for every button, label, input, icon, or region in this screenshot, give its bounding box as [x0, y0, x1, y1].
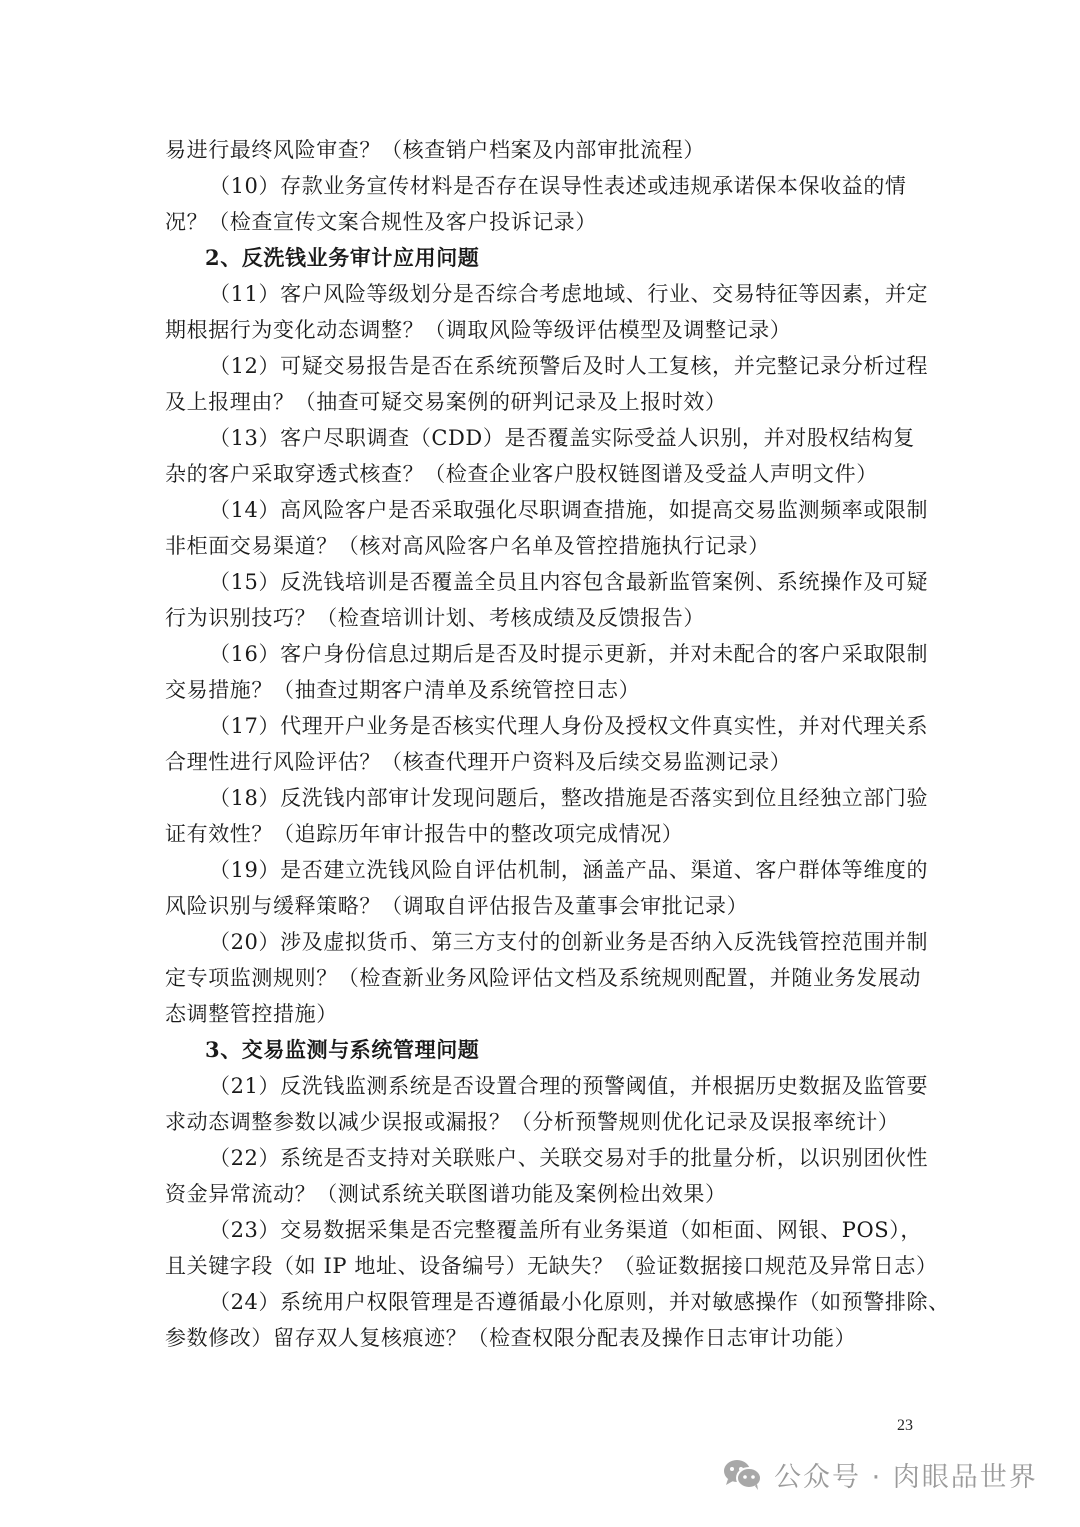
question-23: （23）交易数据采集是否完整覆盖所有业务渠道（如柜面、网银、POS），: [165, 1212, 917, 1248]
question-21: （21）反洗钱监测系统是否设置合理的预警阈值，并根据历史数据及监管要: [165, 1068, 917, 1104]
question-16: （16）客户身份信息过期后是否及时提示更新，并对未配合的客户采取限制: [165, 636, 917, 672]
watermark: 公众号 · 肉眼品世界: [722, 1455, 1038, 1494]
document-body: 易进行最终风险审查？（核查销户档案及内部审批流程） （10）存款业务宣传材料是否…: [165, 132, 917, 1356]
page-number: 23: [897, 1417, 913, 1435]
question-18: （18）反洗钱内部审计发现问题后，整改措施是否落实到位且经独立部门验: [165, 780, 917, 816]
question-11: （11）客户风险等级划分是否综合考虑地域、行业、交易特征等因素，并定: [165, 276, 917, 312]
text-line: 参数修改）留存双人复核痕迹？（检查权限分配表及操作日志审计功能）: [165, 1320, 917, 1356]
question-17: （17）代理开户业务是否核实代理人身份及授权文件真实性，并对代理关系: [165, 708, 917, 744]
text-line: 定专项监测规则？（检查新业务风险评估文档及系统规则配置，并随业务发展动: [165, 960, 917, 996]
text-line: 风险识别与缓释策略？（调取自评估报告及董事会审批记录）: [165, 888, 917, 924]
text-line: 求动态调整参数以减少误报或漏报？（分析预警规则优化记录及误报率统计）: [165, 1104, 917, 1140]
question-15: （15）反洗钱培训是否覆盖全员且内容包含最新监管案例、系统操作及可疑: [165, 564, 917, 600]
text-line: 交易措施？（抽查过期客户清单及系统管控日志）: [165, 672, 917, 708]
question-14: （14）高风险客户是否采取强化尽职调查措施，如提高交易监测频率或限制: [165, 492, 917, 528]
text-line: 期根据行为变化动态调整？（调取风险等级评估模型及调整记录）: [165, 312, 917, 348]
text-line: 杂的客户采取穿透式核查？（检查企业客户股权链图谱及受益人声明文件）: [165, 456, 917, 492]
question-20: （20）涉及虚拟货币、第三方支付的创新业务是否纳入反洗钱管控范围并制: [165, 924, 917, 960]
watermark-text: 公众号 · 肉眼品世界: [774, 1455, 1038, 1494]
text-line: 易进行最终风险审查？（核查销户档案及内部审批流程）: [165, 132, 917, 168]
wechat-icon: [722, 1459, 764, 1491]
question-22: （22）系统是否支持对关联账户、关联交易对手的批量分析，以识别团伙性: [165, 1140, 917, 1176]
text-line: 资金异常流动？（测试系统关联图谱功能及案例检出效果）: [165, 1176, 917, 1212]
text-line: 合理性进行风险评估？（核查代理开户资料及后续交易监测记录）: [165, 744, 917, 780]
text-line: 及上报理由？（抽查可疑交易案例的研判记录及上报时效）: [165, 384, 917, 420]
text-line: 非柜面交易渠道？（核对高风险客户名单及管控措施执行记录）: [165, 528, 917, 564]
text-line: 证有效性？（追踪历年审计报告中的整改项完成情况）: [165, 816, 917, 852]
text-line: 且关键字段（如 IP 地址、设备编号）无缺失？（验证数据接口规范及异常日志）: [165, 1248, 917, 1284]
question-19: （19）是否建立洗钱风险自评估机制，涵盖产品、渠道、客户群体等维度的: [165, 852, 917, 888]
section-heading-3: 3、交易监测与系统管理问题: [165, 1032, 917, 1068]
question-24: （24）系统用户权限管理是否遵循最小化原则，并对敏感操作（如预警排除、: [165, 1284, 917, 1320]
question-10: （10）存款业务宣传材料是否存在误导性表述或违规承诺保本保收益的情: [165, 168, 917, 204]
section-heading-2: 2、反洗钱业务审计应用问题: [165, 240, 917, 276]
text-line: 态调整管控措施）: [165, 996, 917, 1032]
question-12: （12）可疑交易报告是否在系统预警后及时人工复核，并完整记录分析过程: [165, 348, 917, 384]
question-13: （13）客户尽职调查（CDD）是否覆盖实际受益人识别，并对股权结构复: [165, 420, 917, 456]
text-line: 况？（检查宣传文案合规性及客户投诉记录）: [165, 204, 917, 240]
text-line: 行为识别技巧？（检查培训计划、考核成绩及反馈报告）: [165, 600, 917, 636]
